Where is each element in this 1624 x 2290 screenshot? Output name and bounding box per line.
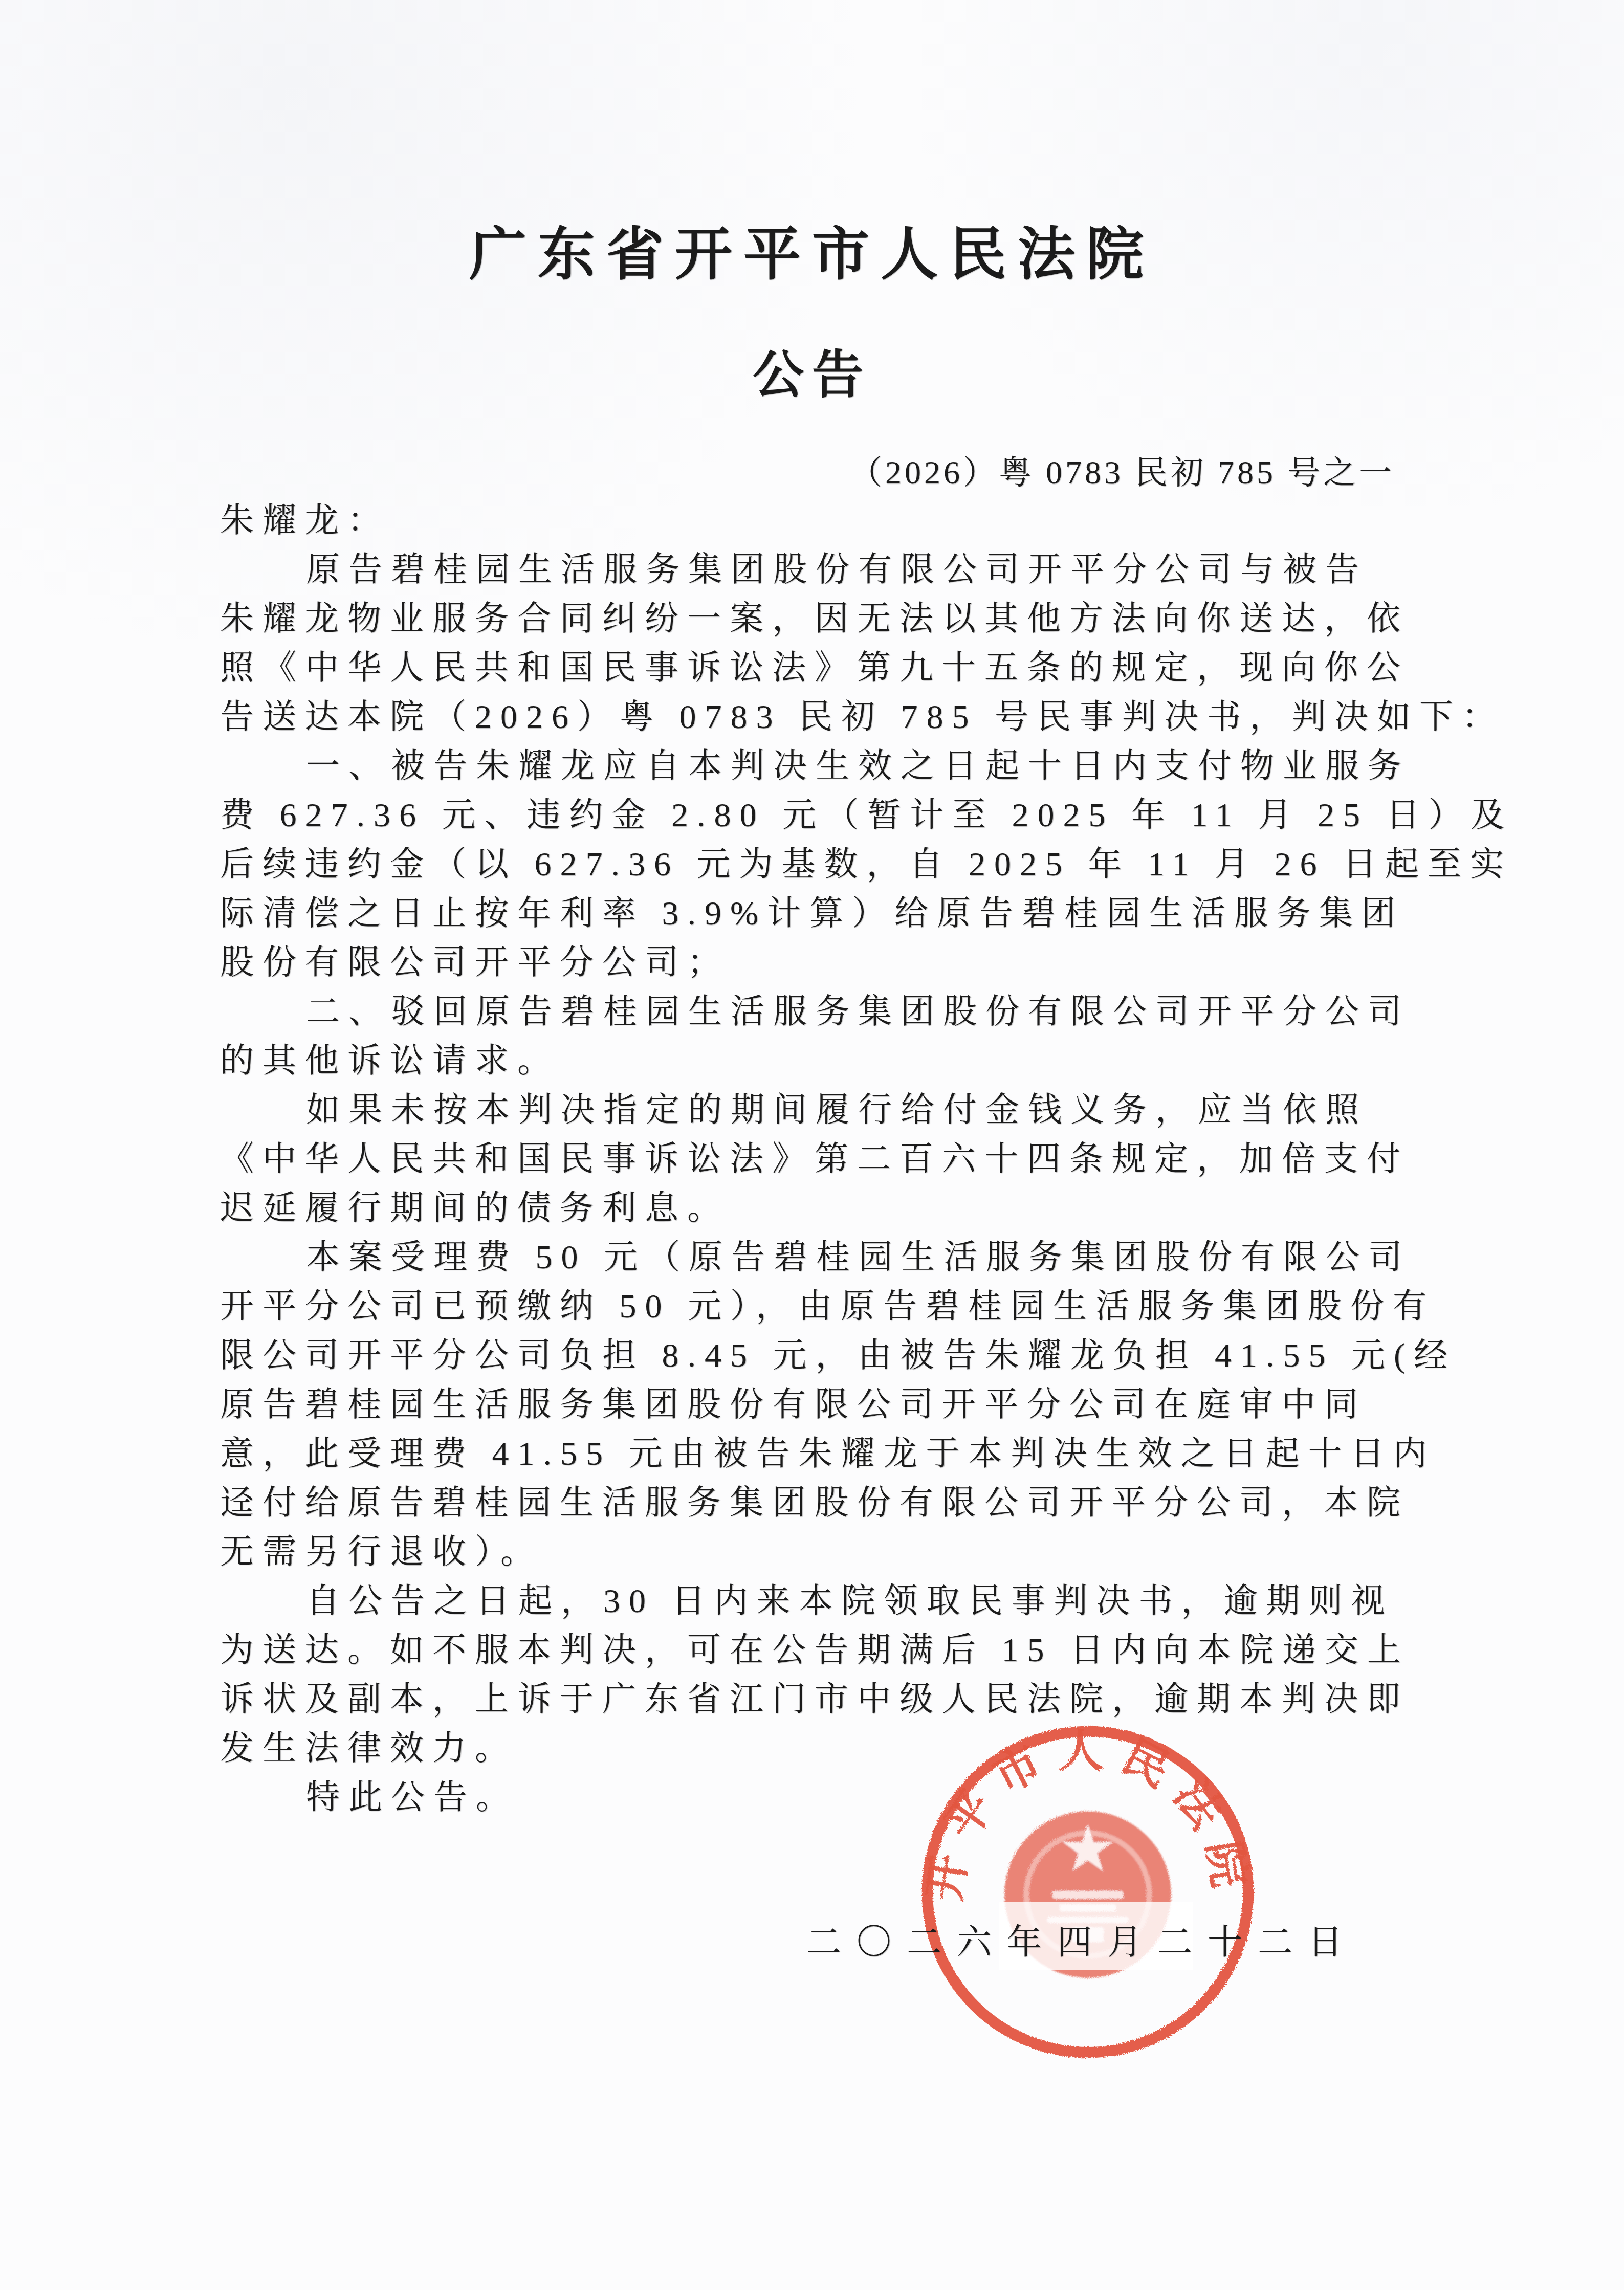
- body-line: 一、被告朱耀龙应自本判决生效之日起十日内支付物业服务: [220, 742, 1428, 791]
- court-name-title: 广东省开平市人民法院: [0, 209, 1624, 291]
- body-line: 为送达。如不服本判决，可在公告期满后 15 日内向本院递交上: [220, 1626, 1428, 1675]
- body-line: 际清偿之日止按年利率 3.9%计算）给原告碧桂园生活服务集团: [220, 889, 1428, 938]
- body-line: 如果未按本判决指定的期间履行给付金钱义务，应当依照: [220, 1086, 1428, 1135]
- body-line: 迟延履行期间的债务利息。: [220, 1184, 1428, 1233]
- notice-type-title: 公告: [0, 334, 1624, 407]
- issue-date: 二〇二六年四月二十二日: [806, 1914, 1358, 1964]
- body-line: 股份有限公司开平分公司；: [220, 938, 1428, 987]
- body-line: 迳付给原告碧桂园生活服务集团股份有限公司开平分公司，本院: [220, 1479, 1428, 1528]
- body-line: 后续违约金（以 627.36 元为基数，自 2025 年 11 月 26 日起至…: [220, 840, 1428, 889]
- body-line: 费 627.36 元、违约金 2.80 元（暂计至 2025 年 11 月 25…: [220, 791, 1428, 840]
- body-line: 意，此受理费 41.55 元由被告朱耀龙于本判决生效之日起十日内: [220, 1429, 1428, 1479]
- body-line: 朱耀龙物业服务合同纠纷一案，因无法以其他方法向你送达，依: [220, 594, 1428, 644]
- body-line: 原告碧桂园生活服务集团股份有限公司开平分公司与被告: [220, 545, 1428, 594]
- body-line: 自公告之日起，30 日内来本院领取民事判决书，逾期则视: [220, 1577, 1428, 1626]
- body-line: 告送达本院（2026）粤 0783 民初 785 号民事判决书，判决如下：: [220, 693, 1428, 742]
- body-line: 二、驳回原告碧桂园生活服务集团股份有限公司开平分公司: [220, 987, 1428, 1037]
- body-line: 限公司开平分公司负担 8.45 元，由被告朱耀龙负担 41.55 元(经: [220, 1331, 1428, 1380]
- case-number: （2026）粤 0783 民初 785 号之一: [220, 446, 1428, 493]
- notice-body: 朱耀龙： 原告碧桂园生活服务集团股份有限公司开平分公司与被告朱耀龙物业服务合同纠…: [220, 496, 1428, 1822]
- body-line: 无需另行退收）。: [220, 1528, 1428, 1577]
- body-line: 照《中华人民共和国民事诉讼法》第九十五条的规定，现向你公: [220, 644, 1428, 693]
- court-seal: 开平市人民法院: [916, 1720, 1260, 2064]
- body-line: 《中华人民共和国民事诉讼法》第二百六十四条规定，加倍支付: [220, 1135, 1428, 1184]
- addressee-line: 朱耀龙：: [220, 496, 1428, 545]
- body-line: 诉状及副本，上诉于广东省江门市中级人民法院，逾期本判决即: [220, 1675, 1428, 1724]
- body-line: 开平分公司已预缴纳 50 元），由原告碧桂园生活服务集团股份有: [220, 1282, 1428, 1331]
- body-lines-container: 原告碧桂园生活服务集团股份有限公司开平分公司与被告朱耀龙物业服务合同纠纷一案，因…: [220, 545, 1428, 1822]
- body-line: 本案受理费 50 元（原告碧桂园生活服务集团股份有限公司: [220, 1233, 1428, 1282]
- body-line: 原告碧桂园生活服务集团股份有限公司开平分公司在庭审中同: [220, 1380, 1428, 1429]
- body-line: 的其他诉讼请求。: [220, 1037, 1428, 1086]
- scanned-court-notice-page: 广东省开平市人民法院 公告 （2026）粤 0783 民初 785 号之一 朱耀…: [0, 0, 1624, 2290]
